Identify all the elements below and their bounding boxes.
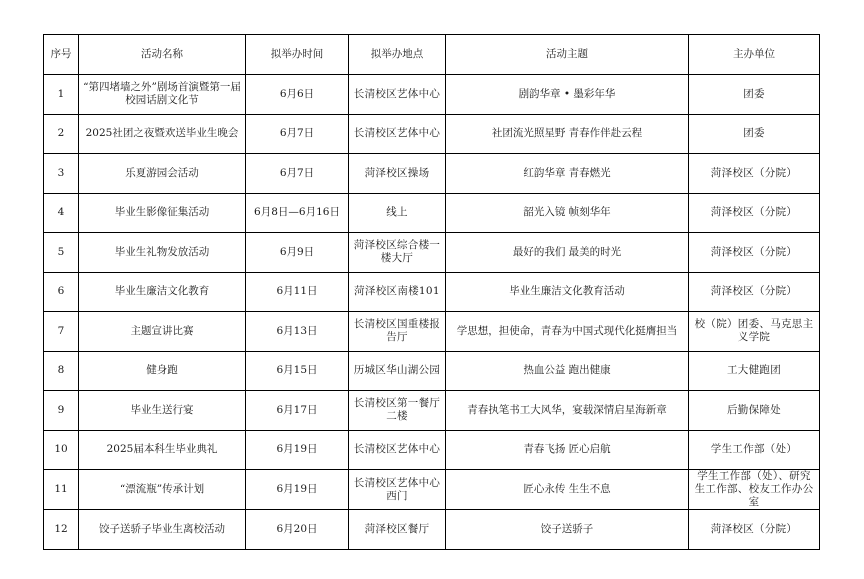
cell-time: 6月8日—6月16日 (246, 193, 349, 233)
cell-place: 菏泽校区南楼101 (349, 272, 446, 312)
header-place: 拟举办地点 (349, 35, 446, 75)
table-row: 8 健身跑 6月15日 历城区华山湖公园 热血公益 跑出健康 工大健跑团 (44, 351, 820, 391)
cell-no: 10 (44, 430, 79, 470)
cell-activity-name: 2025社团之夜暨欢送毕业生晚会 (79, 114, 246, 154)
cell-theme: 社团流光照星野 青春作伴赴云程 (446, 114, 689, 154)
cell-no: 3 (44, 154, 79, 194)
cell-theme: 最好的我们 最美的时光 (446, 233, 689, 273)
cell-activity-name: 毕业生送行宴 (79, 391, 246, 431)
cell-time: 6月19日 (246, 430, 349, 470)
cell-no: 1 (44, 75, 79, 115)
cell-activity-name: 健身跑 (79, 351, 246, 391)
header-organizer: 主办单位 (689, 35, 820, 75)
cell-no: 9 (44, 391, 79, 431)
cell-organizer: 菏泽校区（分院） (689, 233, 820, 273)
header-theme: 活动主题 (446, 35, 689, 75)
cell-time: 6月7日 (246, 154, 349, 194)
cell-activity-name: 毕业生礼物发放活动 (79, 233, 246, 273)
cell-organizer: 团委 (689, 75, 820, 115)
table-header-row: 序号 活动名称 拟举办时间 拟举办地点 活动主题 主办单位 (44, 35, 820, 75)
header-time: 拟举办时间 (246, 35, 349, 75)
cell-no: 6 (44, 272, 79, 312)
cell-organizer: 学生工作部（处）、研究生工作部、校友工作办公室 (689, 470, 820, 510)
cell-organizer: 团委 (689, 114, 820, 154)
table-row: 5 毕业生礼物发放活动 6月9日 菏泽校区综合楼一楼大厅 最好的我们 最美的时光… (44, 233, 820, 273)
cell-place: 线上 (349, 193, 446, 233)
cell-place: 长清校区艺体中心 (349, 75, 446, 115)
cell-organizer: 工大健跑团 (689, 351, 820, 391)
cell-organizer: 学生工作部（处） (689, 430, 820, 470)
cell-place: 菏泽校区综合楼一楼大厅 (349, 233, 446, 273)
cell-theme: 毕业生廉洁文化教育活动 (446, 272, 689, 312)
cell-place: 长清校区艺体中心 (349, 430, 446, 470)
cell-theme: 青春飞扬 匠心启航 (446, 430, 689, 470)
table-row: 1 “第四堵墙之外”剧场首演暨第一届校园话剧文化节 6月6日 长清校区艺体中心 … (44, 75, 820, 115)
cell-activity-name: 毕业生影像征集活动 (79, 193, 246, 233)
cell-activity-name: “漂流瓶”传承计划 (79, 470, 246, 510)
cell-activity-name: 饺子送骄子毕业生离校活动 (79, 510, 246, 550)
cell-time: 6月11日 (246, 272, 349, 312)
header-no: 序号 (44, 35, 79, 75)
cell-activity-name: 主题宣讲比赛 (79, 312, 246, 352)
table-row: 7 主题宣讲比赛 6月13日 长清校区国重楼报告厅 学思想，担使命，青春为中国式… (44, 312, 820, 352)
cell-no: 4 (44, 193, 79, 233)
cell-theme: 红韵华章 青春燃光 (446, 154, 689, 194)
cell-no: 8 (44, 351, 79, 391)
table-row: 10 2025届本科生毕业典礼 6月19日 长清校区艺体中心 青春飞扬 匠心启航… (44, 430, 820, 470)
cell-organizer: 菏泽校区（分院） (689, 154, 820, 194)
cell-time: 6月9日 (246, 233, 349, 273)
cell-place: 长清校区艺体中心 (349, 114, 446, 154)
activity-schedule-table: 序号 活动名称 拟举办时间 拟举办地点 活动主题 主办单位 1 “第四堵墙之外”… (43, 34, 820, 550)
cell-organizer: 菏泽校区（分院） (689, 272, 820, 312)
cell-organizer: 菏泽校区（分院） (689, 193, 820, 233)
cell-no: 11 (44, 470, 79, 510)
cell-place: 历城区华山湖公园 (349, 351, 446, 391)
cell-place: 长清校区第一餐厅二楼 (349, 391, 446, 431)
cell-time: 6月15日 (246, 351, 349, 391)
table-row: 12 饺子送骄子毕业生离校活动 6月20日 菏泽校区餐厅 饺子送骄子 菏泽校区（… (44, 510, 820, 550)
table-row: 6 毕业生廉洁文化教育 6月11日 菏泽校区南楼101 毕业生廉洁文化教育活动 … (44, 272, 820, 312)
cell-no: 5 (44, 233, 79, 273)
header-activity-name: 活动名称 (79, 35, 246, 75)
cell-theme: 学思想，担使命，青春为中国式现代化挺膺担当 (446, 312, 689, 352)
cell-place: 长清校区艺体中心西门 (349, 470, 446, 510)
table-row: 4 毕业生影像征集活动 6月8日—6月16日 线上 韶光入镜 帧刻华年 菏泽校区… (44, 193, 820, 233)
cell-no: 12 (44, 510, 79, 550)
cell-theme: 青春执笔书工大风华，宴载深情启星海新章 (446, 391, 689, 431)
cell-time: 6月17日 (246, 391, 349, 431)
cell-organizer: 校（院）团委、马克思主义学院 (689, 312, 820, 352)
cell-theme: 热血公益 跑出健康 (446, 351, 689, 391)
cell-organizer: 后勤保障处 (689, 391, 820, 431)
table-row: 11 “漂流瓶”传承计划 6月19日 长清校区艺体中心西门 匠心永传 生生不息 … (44, 470, 820, 510)
cell-place: 菏泽校区餐厅 (349, 510, 446, 550)
cell-theme: 韶光入镜 帧刻华年 (446, 193, 689, 233)
cell-time: 6月6日 (246, 75, 349, 115)
cell-no: 7 (44, 312, 79, 352)
cell-activity-name: 2025届本科生毕业典礼 (79, 430, 246, 470)
cell-theme: 剧韵华章 • 墨彩年华 (446, 75, 689, 115)
cell-time: 6月20日 (246, 510, 349, 550)
cell-activity-name: 毕业生廉洁文化教育 (79, 272, 246, 312)
cell-place: 菏泽校区操场 (349, 154, 446, 194)
cell-activity-name: “第四堵墙之外”剧场首演暨第一届校园话剧文化节 (79, 75, 246, 115)
cell-theme: 匠心永传 生生不息 (446, 470, 689, 510)
table-row: 2 2025社团之夜暨欢送毕业生晚会 6月7日 长清校区艺体中心 社团流光照星野… (44, 114, 820, 154)
cell-organizer: 菏泽校区（分院） (689, 510, 820, 550)
cell-time: 6月19日 (246, 470, 349, 510)
cell-time: 6月7日 (246, 114, 349, 154)
cell-no: 2 (44, 114, 79, 154)
table-row: 9 毕业生送行宴 6月17日 长清校区第一餐厅二楼 青春执笔书工大风华，宴载深情… (44, 391, 820, 431)
cell-activity-name: 乐夏游园会活动 (79, 154, 246, 194)
cell-theme: 饺子送骄子 (446, 510, 689, 550)
table-row: 3 乐夏游园会活动 6月7日 菏泽校区操场 红韵华章 青春燃光 菏泽校区（分院） (44, 154, 820, 194)
cell-place: 长清校区国重楼报告厅 (349, 312, 446, 352)
cell-time: 6月13日 (246, 312, 349, 352)
